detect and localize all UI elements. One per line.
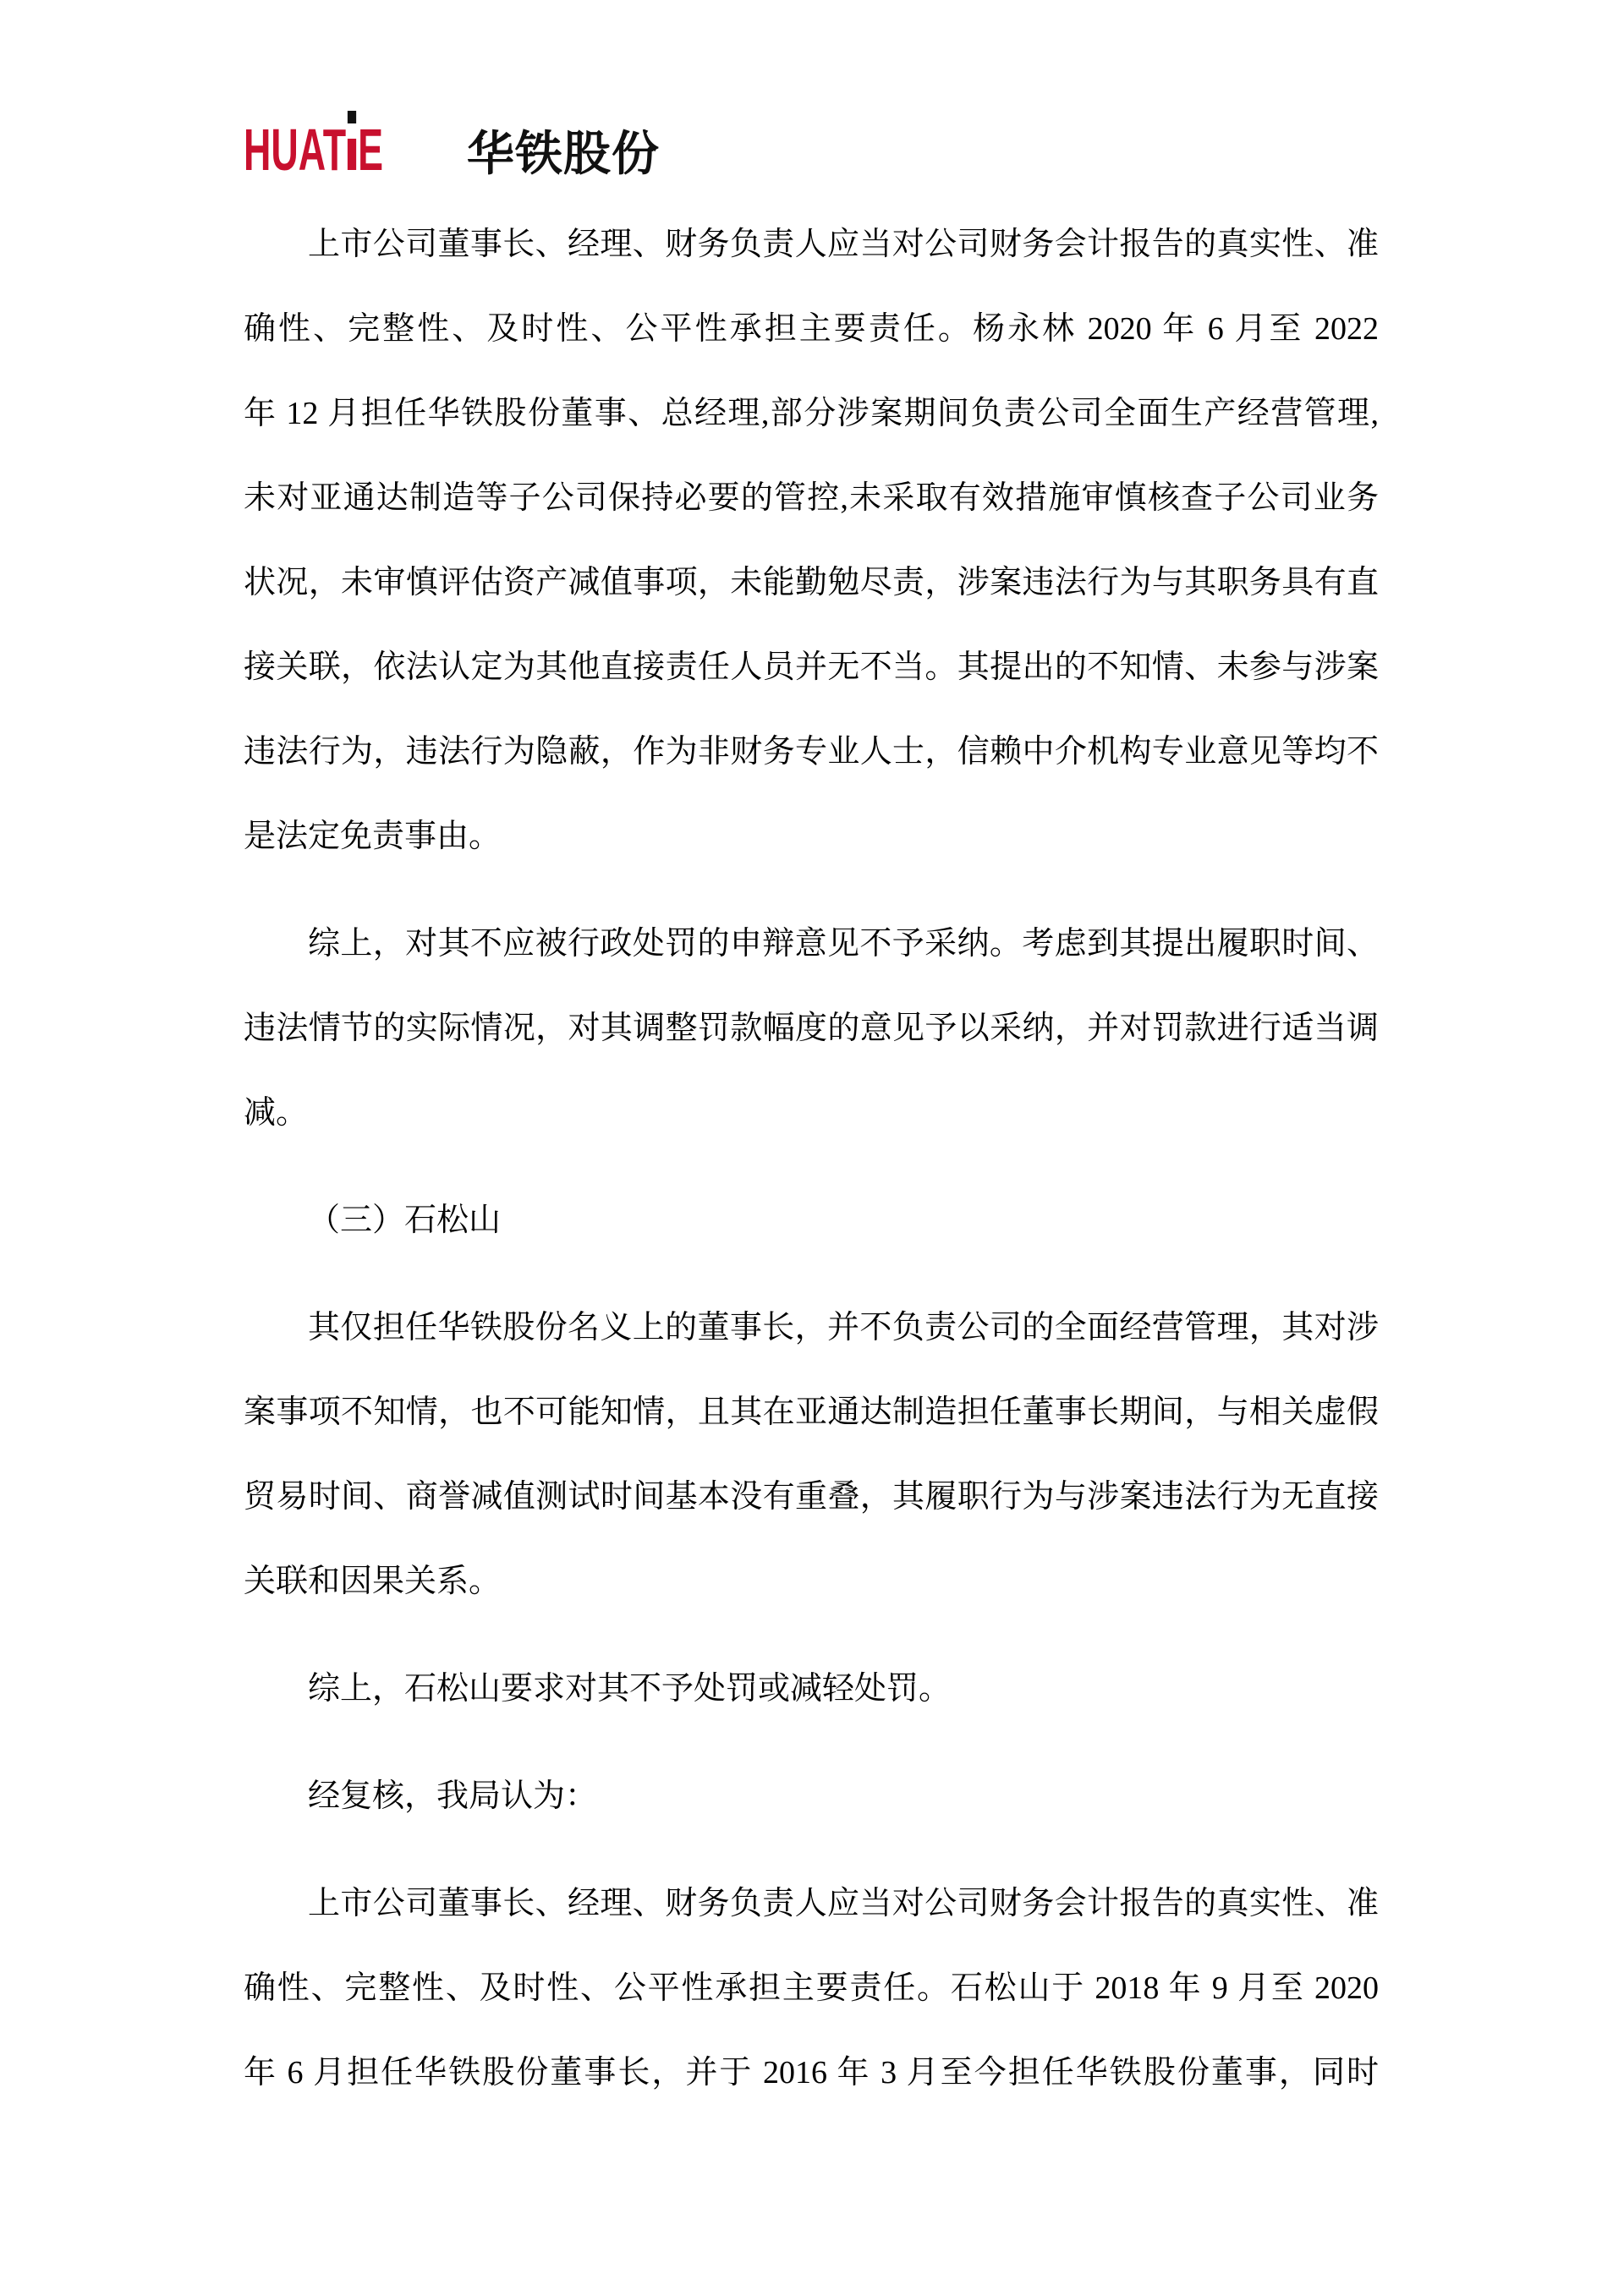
text-line: 综上，对其不应被行政处罚的申辩意见不予采纳。考虑到其提出履职时间、: [244, 901, 1379, 986]
text-line: 是法定免责事由。: [244, 794, 1379, 879]
logo-chinese-name: 华铁股份: [467, 130, 660, 178]
logo-latin-right: E: [358, 117, 383, 183]
text-line: 未对亚通达制造等子公司保持必要的管控,未采取有效措施审慎核查子公司业务: [244, 456, 1379, 540]
paragraph-shisongshan-defense: 其仅担任华铁股份名义上的董事长，并不负责公司的全面经营管理，其对涉案事项不知情，…: [244, 1285, 1379, 1624]
text-line: 违法行为，违法行为隐蔽，作为非财务专业人士，信赖中介机构专业意见等均不: [244, 710, 1379, 794]
text-line: 违法情节的实际情况，对其调整罚款幅度的意见予以采纳，并对罚款进行适当调: [244, 986, 1379, 1071]
logo-latin-left: HUAT: [244, 117, 346, 183]
paragraph-shisongshan-responsibility: 上市公司董事长、经理、财务负责人应当对公司财务会计报告的真实性、准确性、完整性、…: [244, 1861, 1379, 2115]
document-page: HUATE华铁股份 上市公司董事长、经理、财务负责人应当对公司财务会计报告的真实…: [0, 0, 1624, 2296]
paragraph-review-opinion-lead: 经复核，我局认为：: [244, 1754, 1379, 1838]
huatie-logo: HUATE华铁股份: [244, 120, 660, 179]
text-line: 年 6 月担任华铁股份董事长，并于 2016 年 3 月至今担任华铁股份董事，同…: [244, 2030, 1379, 2115]
text-line: 经复核，我局认为：: [244, 1754, 1379, 1838]
section-heading-shisongshan: （三）石松山: [244, 1178, 1379, 1263]
text-line: 关联和因果关系。: [244, 1539, 1379, 1624]
logo-letter-i-icon: [346, 127, 358, 170]
text-line: 案事项不知情，也不可能知情，且其在亚通达制造担任董事长期间，与相关虚假: [244, 1370, 1379, 1455]
text-line: 确性、完整性、及时性、公平性承担主要责任。杨永林 2020 年 6 月至 202…: [244, 287, 1379, 371]
text-line: 减。: [244, 1071, 1379, 1155]
text-line: 上市公司董事长、经理、财务负责人应当对公司财务会计报告的真实性、准: [244, 1861, 1379, 1946]
text-line: （三）石松山: [244, 1178, 1379, 1263]
text-line: 综上，石松山要求对其不予处罚或减轻处罚。: [244, 1647, 1379, 1731]
text-line: 确性、完整性、及时性、公平性承担主要责任。石松山于 2018 年 9 月至 20…: [244, 1946, 1379, 2030]
text-line: 上市公司董事长、经理、财务负责人应当对公司财务会计报告的真实性、准: [244, 202, 1379, 287]
logo-latin-wordmark: HUATE: [244, 120, 383, 179]
logo-i-dot: [348, 111, 356, 123]
paragraph-yangyonglin-conclusion: 综上，对其不应被行政处罚的申辩意见不予采纳。考虑到其提出履职时间、违法情节的实际…: [244, 901, 1379, 1155]
text-line: 接关联，依法认定为其他直接责任人员并无不当。其提出的不知情、未参与涉案: [244, 625, 1379, 710]
text-line: 年 12 月担任华铁股份董事、总经理,部分涉案期间负责公司全面生产经营管理,: [244, 371, 1379, 456]
paragraph-shisongshan-request: 综上，石松山要求对其不予处罚或减轻处罚。: [244, 1647, 1379, 1731]
text-line: 贸易时间、商誉减值测试时间基本没有重叠，其履职行为与涉案违法行为无直接: [244, 1455, 1379, 1539]
logo-i-bar: [348, 139, 356, 170]
text-line: 状况，未审慎评估资产减值事项，未能勤勉尽责，涉案违法行为与其职务具有直: [244, 540, 1379, 625]
paragraph-yangyonglin-responsibility: 上市公司董事长、经理、财务负责人应当对公司财务会计报告的真实性、准确性、完整性、…: [244, 202, 1379, 879]
document-body: 上市公司董事长、经理、财务负责人应当对公司财务会计报告的真实性、准确性、完整性、…: [244, 202, 1379, 2138]
text-line: 其仅担任华铁股份名义上的董事长，并不负责公司的全面经营管理，其对涉: [244, 1285, 1379, 1370]
